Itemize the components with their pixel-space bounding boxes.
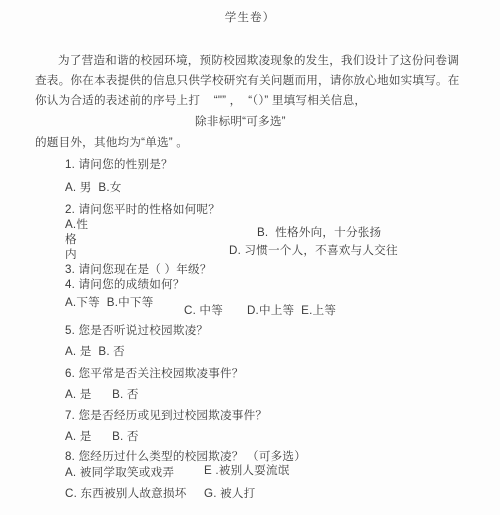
question-2-option-b: B. 性格外向，十分张扬	[257, 226, 381, 239]
question-1-options: A. 男 B.女	[65, 181, 122, 194]
question-4-text: 4. 请问您的成绩如何？	[65, 278, 185, 291]
question-8-text: 8. 您经历过什么类型的校园欺凌？ （可多选）	[65, 450, 306, 463]
questionnaire-page: 学生卷） 为了营造和谐的校园环境，预防校园欺凌现象的发生，我们设计了这份问卷调 …	[0, 0, 500, 515]
question-5-text: 5. 您是否听说过校园欺凌？	[65, 324, 208, 337]
document-title: 学生卷）	[0, 11, 500, 24]
question-3-text: 3. 请问您现在是（ ）年级？	[65, 263, 212, 276]
question-7-options: A. 是 B. 否	[65, 430, 139, 443]
question-2-text: 2. 请问您平时的性格如何呢？	[65, 203, 220, 216]
question-8-option-c: C. 东西被别人故意损坏	[65, 487, 187, 500]
intro-line-3: 你认为合适的表述前的序号上打 “"” ， “（）” 里填写相关信息，	[35, 94, 366, 107]
question-2-option-a-line-1: A.性	[65, 218, 88, 231]
question-4-options-line-1: A.下等 B.中下等	[65, 296, 154, 309]
question-1-text: 1. 请问您的性别是？	[65, 158, 173, 171]
question-8-option-e: E .被别人耍流氓	[204, 464, 290, 477]
intro-line-4: 除非标明“可多选”	[195, 115, 286, 128]
question-2-option-a-line-2: 格	[65, 233, 77, 246]
question-6-text: 6. 您平常是否关注校园欺凌事件？	[65, 367, 244, 380]
intro-line-5: 的题目外，其他均为“单选” 。	[35, 136, 188, 149]
question-8-option-a: A. 被同学取笑或戏弄	[65, 466, 174, 479]
question-4-options-line-2: C. 中等 D.中上等 E.上等	[184, 304, 336, 317]
question-2-option-a-line-3: 内	[65, 248, 77, 261]
intro-line-1: 为了营造和谐的校园环境，预防校园欺凌现象的发生，我们设计了这份问卷调	[58, 54, 459, 67]
question-2-option-d: D. 习惯一个人，不喜欢与人交往	[229, 244, 398, 257]
question-8-option-g: G. 被人打	[204, 487, 255, 500]
question-5-options: A. 是 B. 否	[65, 345, 125, 358]
question-7-text: 7. 您是否经历或见到过校园欺凌事件？	[65, 409, 267, 422]
question-6-options: A. 是 B. 否	[65, 388, 139, 401]
intro-line-2: 查表。你在本表提供的信息只供学校研究有关问题而用，请你放心地如实填写。在	[35, 74, 460, 87]
